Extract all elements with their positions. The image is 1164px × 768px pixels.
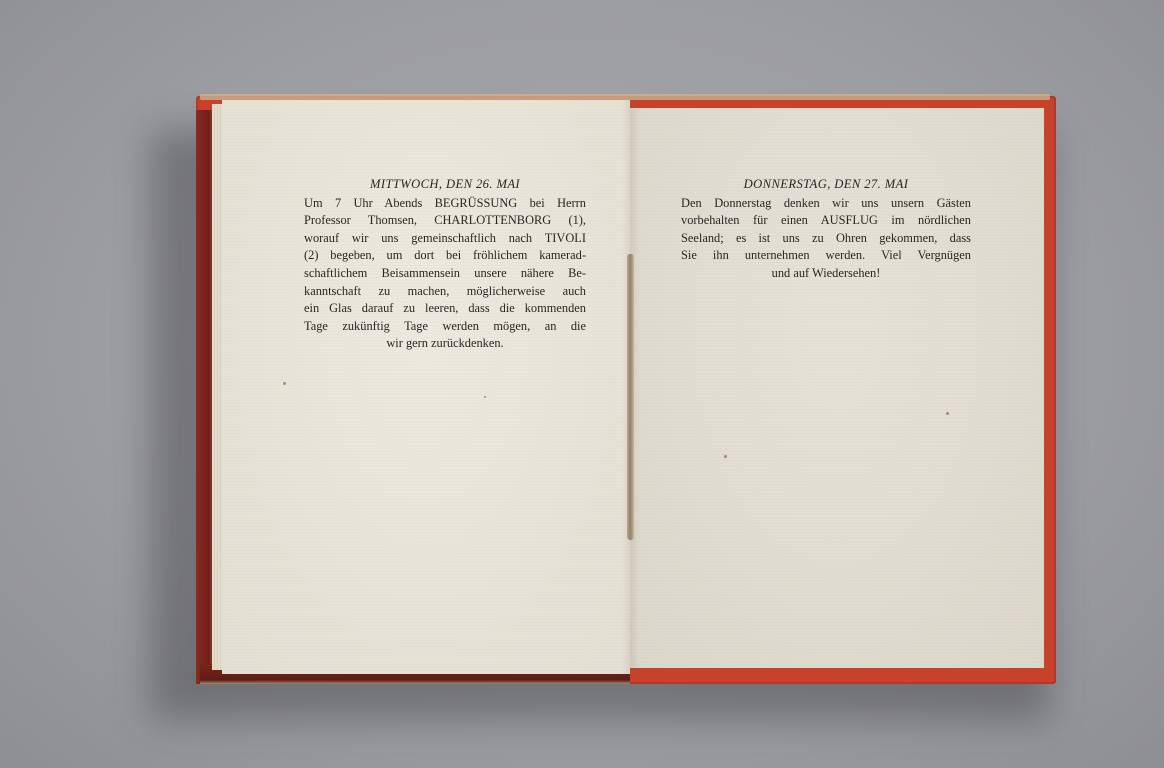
- text-line: (2) begeben, um dort bei fröhlichem kame…: [304, 247, 586, 265]
- text-line: Professor Thomsen, CHARLOTTENBORG (1),: [304, 212, 586, 230]
- text-line: und auf Wiedersehen!: [681, 265, 971, 283]
- right-page-text: DONNERSTAG, DEN 27. MAI Den Donnerstag d…: [681, 176, 971, 283]
- text-line: worauf wir uns gemeinschaftlich nach TIV…: [304, 230, 586, 248]
- text-line: wir gern zurückdenken.: [304, 335, 586, 353]
- text-line: Seeland; es ist uns zu Ohren gekommen, d…: [681, 230, 971, 248]
- binding-thread: [627, 254, 634, 540]
- foxing-spot: [484, 396, 486, 398]
- text-line: kanntschaft zu machen, möglicherweise au…: [304, 283, 586, 301]
- text-line: schaftlichem Beisammensein unsere nähere…: [304, 265, 586, 283]
- foxing-spot: [946, 412, 949, 415]
- foxing-spot: [283, 382, 286, 385]
- text-line: vorbehalten für einen AUSFLUG im nördlic…: [681, 212, 971, 230]
- text-line: Um 7 Uhr Abends BEGRÜSSUNG bei Herrn: [304, 195, 586, 213]
- left-page-heading: MITTWOCH, DEN 26. MAI: [304, 176, 586, 194]
- text-line: Sie ihn unternehmen werden. Viel Vergnüg…: [681, 247, 971, 265]
- right-page-heading: DONNERSTAG, DEN 27. MAI: [681, 176, 971, 194]
- foxing-spot: [724, 455, 727, 458]
- text-line: Tage zukünftig Tage werden mögen, an die: [304, 318, 586, 336]
- left-page-text: MITTWOCH, DEN 26. MAI Um 7 Uhr Abends BE…: [304, 176, 586, 353]
- text-line: Den Donnerstag denken wir uns unsern Gäs…: [681, 195, 971, 213]
- text-line: ein Glas darauf zu leeren, dass die komm…: [304, 300, 586, 318]
